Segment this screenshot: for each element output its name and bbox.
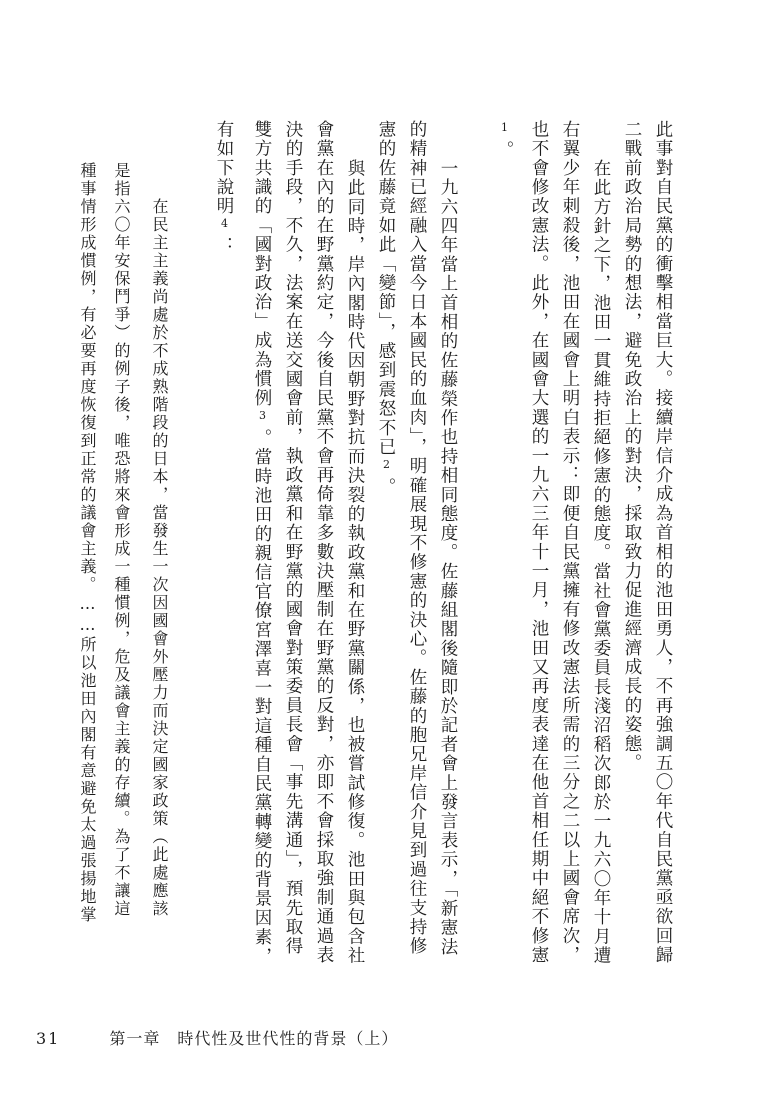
- column-text: 雙方共識的「國對政治」成為慣例: [252, 120, 272, 408]
- book-page: 此事對自民黨的衝擊相當巨大。接續岸信介成為首相的池田勇人，不再強調五〇年代自民黨…: [0, 0, 776, 1100]
- footnote-ref-1: 1: [498, 121, 511, 135]
- quote-column: 種事情形成慣例，有必要再度恢復到正常的議會主義。……所以池田內閣有意避免太過張揚…: [78, 162, 97, 924]
- footnote-ref-3: 3: [256, 409, 269, 423]
- column-text: 。: [494, 141, 514, 160]
- column-text: 。當時池田的親信官僚宮澤喜一對這種自民黨轉變的背景因素，: [252, 429, 272, 967]
- chapter-title: 時代性及世代性的背景（上）: [177, 1026, 398, 1049]
- text-column: 決的手段，不久，法案在送交國會前，執政黨和在野黨的國會對策委員長會「事先溝通」，…: [283, 120, 303, 956]
- footnote-ref-column: 1。: [494, 120, 514, 160]
- quote-column: 是指六〇年安保鬥爭）的例子後，唯恐將來會形成一種慣例，危及議會主義的存續。為了不…: [112, 162, 131, 918]
- page-footer: 31 第一章 時代性及世代性的背景（上）: [36, 1026, 398, 1049]
- footnote-ref-4: 4: [218, 217, 231, 231]
- column-text: 。: [376, 477, 396, 496]
- text-column: 與此同時，岸內閣時代因朝野對抗而決裂的執政黨和在野黨關係，也被嘗試修復。池田與包…: [345, 120, 365, 965]
- text-column: 雙方共識的「國對政治」成為慣例3。當時池田的親信官僚宮澤喜一對這種自民黨轉變的背…: [252, 120, 272, 966]
- text-column: 在此方針之下，池田一貫維持拒絕修憲的態度。當社會黨委員長淺沼稻次郎於一九六〇年十…: [591, 120, 611, 965]
- column-text: 有如下說明: [214, 120, 234, 216]
- quote-column: 在民主主義尚處於不成熟階段的日本，當發生一次因國會外壓力而決定國家政策（此處應該: [150, 162, 169, 918]
- page-number: 31: [36, 1029, 60, 1048]
- text-column: 二戰前政治局勢的想法，避免政治上的對決，採取致力促進經濟成長的姿態。: [622, 120, 642, 773]
- text-column: 也不會修改憲法。此外，在國會大選的一九六三年十一月，池田又再度表達在他首相任期中…: [529, 120, 549, 965]
- column-text: 憲的佐藤竟如此「變節」，感到震怒不已: [376, 120, 396, 457]
- text-column: 會黨在內的在野黨約定，今後自民黨不會再倚靠多數決壓制在野黨的反對，亦即不會採取強…: [314, 120, 334, 965]
- text-column: 右翼少年刺殺後，池田在國會上明白表示：即便自民黨擁有修改憲法所需的三分之二以上國…: [560, 120, 580, 965]
- text-column: 憲的佐藤竟如此「變節」，感到震怒不已2。: [376, 120, 396, 497]
- text-column: 一九六四年當上首相的佐藤榮作也持相同態度。佐藤組閣後隨即於記者會上發言表示，「新…: [438, 120, 458, 957]
- footnote-ref-2: 2: [380, 458, 393, 472]
- chapter-label: 第一章: [109, 1026, 160, 1049]
- text-column: 此事對自民黨的衝擊相當巨大。接續岸信介成為首相的池田勇人，不再強調五〇年代自民黨…: [653, 120, 673, 965]
- text-column: 的精神已經融入當今日本國民的血肉」，明確展現不修憲的決心。佐藤的胞兄岸信介見到過…: [407, 120, 427, 956]
- column-text: ：: [214, 237, 234, 256]
- text-column: 有如下說明4：: [214, 120, 234, 256]
